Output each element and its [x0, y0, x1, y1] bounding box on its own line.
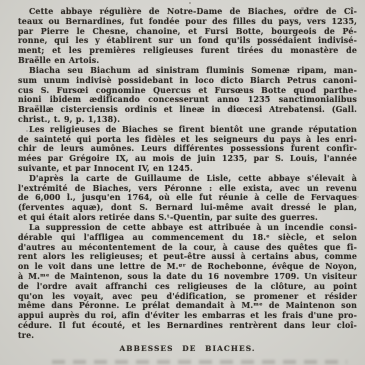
scan-speck	[357, 196, 359, 198]
text-line: chir de leurs aumônes. Leurs différentes…	[18, 144, 357, 154]
text-line: dérable qui l'affligea au commencement d…	[18, 233, 357, 243]
text-block: Cette abbaye régulière de Notre-Dame de …	[18, 7, 357, 354]
text-line: D'après la carte de Guillaume de Lisle, …	[18, 174, 357, 184]
text-line: rent alors les religieuses; et peut-être…	[18, 252, 357, 262]
text-line: de sainteté qui porta les fidèles et les…	[18, 135, 357, 145]
text-line: nioni ibidem ædificando concesserunt ann…	[18, 95, 357, 105]
text-line: Biacha seu Biachum ad sinistram fluminis…	[18, 66, 357, 76]
text-line: l'extrémité de Biaches, vers Péronne : e…	[18, 184, 357, 194]
text-line: Les religieuses de Biaches se firent bie…	[18, 125, 357, 135]
text-line: par Pierre le Chesne, chanoine, et Fursi…	[18, 27, 357, 37]
text-line: (ferventes aquæ), dont S. Bernard lui-mê…	[18, 203, 357, 213]
text-line: cédure. Il fut écouté, et les Bernardine…	[18, 321, 357, 331]
text-line: on le voit dans une lettre de M.ᵍʳ de Ro…	[18, 262, 357, 272]
text-line: La suppression de cette abbaye est attri…	[18, 223, 357, 233]
text-line: tre.	[18, 331, 357, 341]
paragraph-latin-citation: Biacha seu Biachum ad sinistram fluminis…	[18, 66, 357, 125]
text-line: sum unum indivisè possidebant in loco di…	[18, 76, 357, 86]
text-line: ment; et les premières religieuses furen…	[18, 46, 357, 56]
page-scan: Cette abbaye régulière de Notre-Dame de …	[0, 0, 365, 365]
text-line: christ., t. 9, p. 1,138).	[18, 115, 357, 125]
paragraph-location: D'après la carte de Guillaume de Lisle, …	[18, 174, 357, 223]
text-line: ronne, qui les y établirent sur un fond …	[18, 36, 357, 46]
scan-speck	[189, 2, 191, 4]
paragraph-reputation: Les religieuses de Biaches se firent bie…	[18, 125, 357, 174]
text-line: même dans Péronne. Le prélat demandait à…	[18, 301, 357, 311]
text-line: appui auprès du roi, afin d'éviter les e…	[18, 311, 357, 321]
text-line: Cette abbaye régulière de Notre-Dame de …	[18, 7, 357, 17]
text-line: suivante, et par Innocent IV, en 1245.	[18, 164, 357, 174]
text-line: Braëllæ cisterciensis ordinis et lineæ i…	[18, 105, 357, 115]
paragraph-intro: Cette abbaye régulière de Notre-Dame de …	[18, 7, 357, 66]
text-line: d'autres au mécontentement de la cour, à…	[18, 243, 357, 253]
text-line: qu'on les voyait, avec peu d'édification…	[18, 292, 357, 302]
section-heading: ABBESSES DE BIACHES.	[18, 344, 357, 354]
text-line: et qui était alors retirée dans S.ᵗ-Quen…	[18, 213, 357, 223]
paragraph-suppression: La suppression de cette abbaye est attri…	[18, 223, 357, 341]
text-line: Braëlle en Artois.	[18, 56, 357, 66]
text-line: mées par Grégoire IX, au mois de juin 12…	[18, 154, 357, 164]
faint-next-text-line	[52, 360, 347, 364]
text-line: à M.ᵐᵉ de Maintenon, sous la date du 16 …	[18, 272, 357, 282]
scanned-book-page: { "page": { "heading": "ABBESSES DE BIAC…	[0, 0, 365, 365]
text-line: de l'ordre avait affranchi ces religieus…	[18, 282, 357, 292]
text-line: cus S. Fursœi cognomine Quercus et Fursœ…	[18, 86, 357, 96]
text-line: de 6,000 l., jusqu'en 1764, où elle fut …	[18, 193, 357, 203]
text-line: teaux ou Bernardines, fut fondée pour de…	[18, 17, 357, 27]
